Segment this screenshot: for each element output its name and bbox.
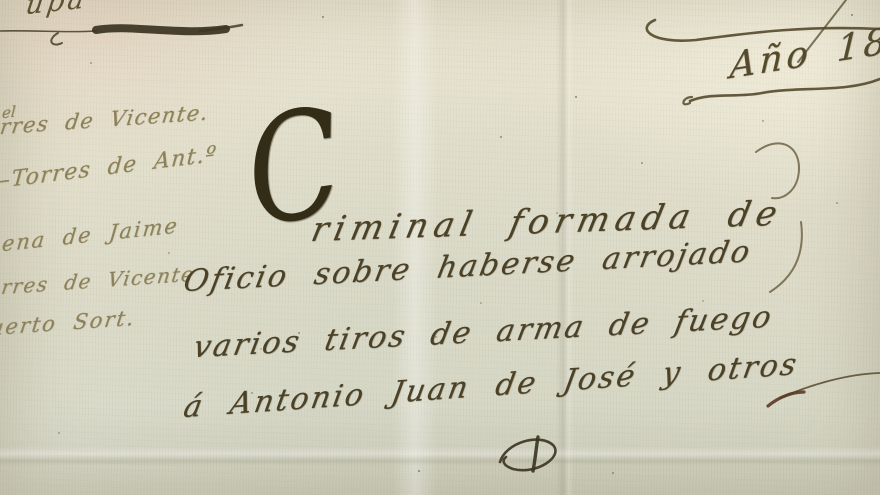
margin-name-entry: ena de Jaime	[1, 213, 180, 256]
cut-off-script-fragment: upa	[24, 0, 90, 21]
top-left-bar-flourish	[0, 25, 242, 45]
year-underline-flourish	[683, 79, 880, 104]
year-label: Año 18	[729, 20, 880, 87]
margin-name-entry: orres de Vicente.	[0, 100, 211, 140]
margin-name-entry: uerto Sort.	[0, 306, 137, 340]
margin-name-entry: orres de Vicente	[0, 261, 196, 300]
margin-name-entry: —Torres de Ant.º	[0, 142, 218, 196]
vertical-fold-highlight	[392, 0, 438, 495]
foxing-speckles	[0, 0, 2, 2]
horizontal-crease	[0, 446, 880, 466]
manuscript-photo: upa Año 18 el orres de Vicente. —Torres …	[0, 0, 880, 495]
